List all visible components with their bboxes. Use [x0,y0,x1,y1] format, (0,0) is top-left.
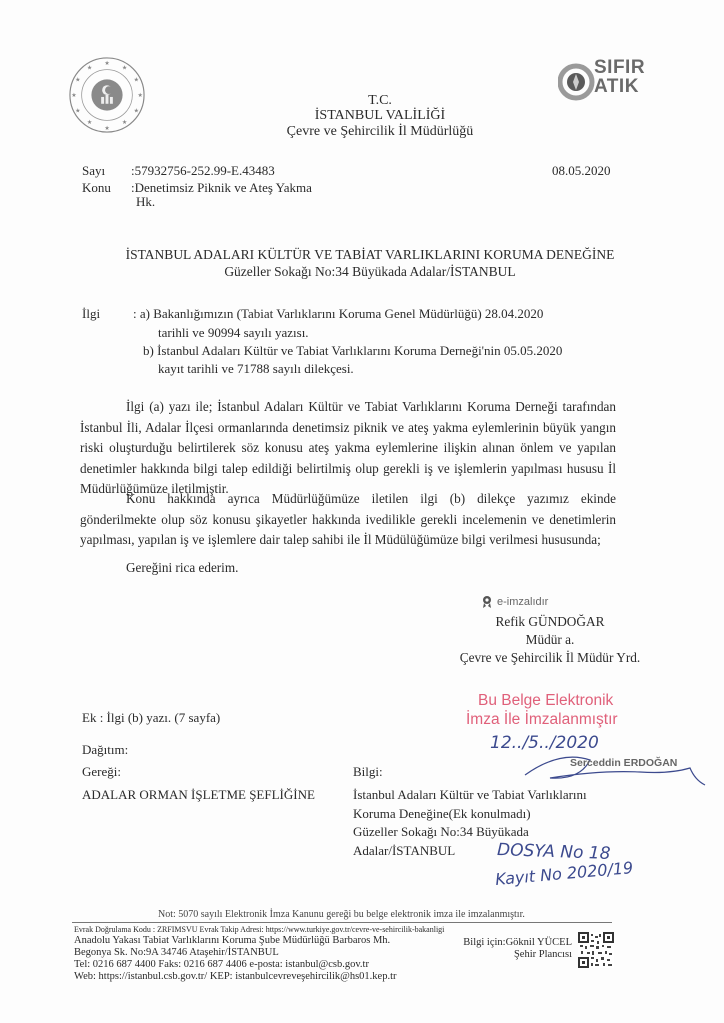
footer-legal-note: Not: 5070 sayılı Elektronik İmza Kanunu … [158,909,525,920]
signatory-block: Refik GÜNDOĞAR Müdür a. Çevre ve Şehirci… [440,613,660,667]
bilgi-line: Güzeller Sokağı No:34 Büyükada [353,823,587,842]
rosette-icon [482,595,492,609]
bilgi-line: İstanbul Adaları Kültür ve Tabiat Varlık… [353,786,587,805]
stamp-signer-name: Serceddin ERDOĞAN [570,757,677,769]
svg-text:★: ★ [87,65,92,72]
body-paragraph-2: Konu hakkında ayrıca Müdürlüğümüze ileti… [80,489,616,551]
footer-web: Web: https://istanbul.csb.gov.tr/ KEP: i… [74,971,494,983]
header-governorship: İSTANBUL VALİLİĞİ [230,108,530,124]
stamp-line2: İmza İle İmzalanmıştır [466,711,618,729]
body-closing: Gereğini rica ederim. [80,558,616,579]
stamp-line1: Bu Belge Elektronik [478,692,613,710]
svg-text:★: ★ [134,76,139,83]
sayi-value: :57932756-252.99-E.43483 [131,163,275,179]
footer-address-2: Begonya Sk. No:9A 34746 Ataşehir/İSTANBU… [74,947,494,959]
footer-info-block: Bilgi için:Göknil YÜCEL Şehir Plancısı [460,937,572,961]
document-date: 08.05.2020 [552,163,611,179]
e-signature-label: e-imzalıdır [497,596,548,608]
info-contact-title: Şehir Plancısı [460,949,572,961]
svg-text:★: ★ [122,65,127,72]
body-paragraph-1: İlgi (a) yazı ile; İstanbul Adaları Kült… [80,397,616,500]
e-signature-badge: e-imzalıdır [482,595,548,609]
svg-text:★: ★ [104,60,109,67]
qr-code-icon[interactable] [578,932,614,968]
footer-address-1: Anadolu Yakası Tabiat Varlıklarını Korum… [74,935,494,947]
attachments-line: Ek : İlgi (b) yazı. (7 sayfa) [82,710,220,726]
logo-line2: ATIK [594,77,645,96]
svg-text:★: ★ [122,119,127,126]
recipient-name: İSTANBUL ADALARI KÜLTÜR VE TABİAT VARLIK… [80,247,660,263]
svg-text:★: ★ [134,108,139,115]
signatory-name: Refik GÜNDOĞAR [440,613,660,631]
signatory-position: Çevre ve Şehircilik İl Müdür Yrd. [440,649,660,667]
header-directorate: Çevre ve Şehircilik İl Müdürlüğü [230,124,530,140]
ilgi-b-line2: kayıt tarihli ve 71788 sayılı dilekçesi. [158,361,354,377]
sayi-label: Sayı [82,163,105,179]
svg-text:★: ★ [75,108,80,115]
bilgi-line: Koruma Deneğine(Ek konulmadı) [353,805,587,824]
ilgi-a-line2: tarihli ve 90994 sayılı yazısı. [158,325,309,341]
konu-value: :Denetimsiz Piknik ve Ateş Yakma [131,180,312,196]
verification-line: Evrak Doğrulama Kodu : ZRFIMSVU Evrak Ta… [74,925,444,934]
ilgi-label: İlgi [82,306,100,322]
zero-waste-logo-text: SIFIR ATIK [594,58,645,96]
bilgi-label: Bilgi: [353,764,383,780]
header-tc: T.C. [230,93,530,109]
ministry-emblem-icon: ★★★ ★★★ ★★★ ★★★ [68,56,146,134]
logo-line1: SIFIR [594,58,645,77]
geregi-value: ADALAR ORMAN İŞLETME ŞEFLİĞİNE [82,787,315,803]
footer-address-block: Anadolu Yakası Tabiat Varlıklarını Korum… [74,935,494,983]
ilgi-a-line1: : a) Bakanlığımızın (Tabiat Varlıklarını… [133,306,543,322]
handwritten-record-number: Kayıt No 2020/19 [494,858,633,889]
svg-text:★: ★ [75,76,80,83]
distribution-label: Dağıtım: [82,742,128,758]
ilgi-b-line1: b) İstanbul Adaları Kültür ve Tabiat Var… [143,343,562,359]
footer-contact: Tel: 0216 687 4400 Faks: 0216 687 4406 e… [74,959,494,971]
svg-text:★: ★ [87,119,92,126]
svg-text:★: ★ [104,125,109,132]
info-contact-name: Bilgi için:Göknil YÜCEL [460,937,572,949]
recipient-address: Güzeller Sokağı No:34 Büyükada Adalar/İS… [80,264,660,280]
signatory-title: Müdür a. [440,631,660,649]
svg-text:★: ★ [138,92,143,99]
konu-label: Konu [82,180,111,196]
geregi-label: Gereği: [82,764,121,780]
footer-divider [72,922,612,923]
konu-value-cont: Hk. [136,194,155,210]
svg-text:★: ★ [71,92,76,99]
